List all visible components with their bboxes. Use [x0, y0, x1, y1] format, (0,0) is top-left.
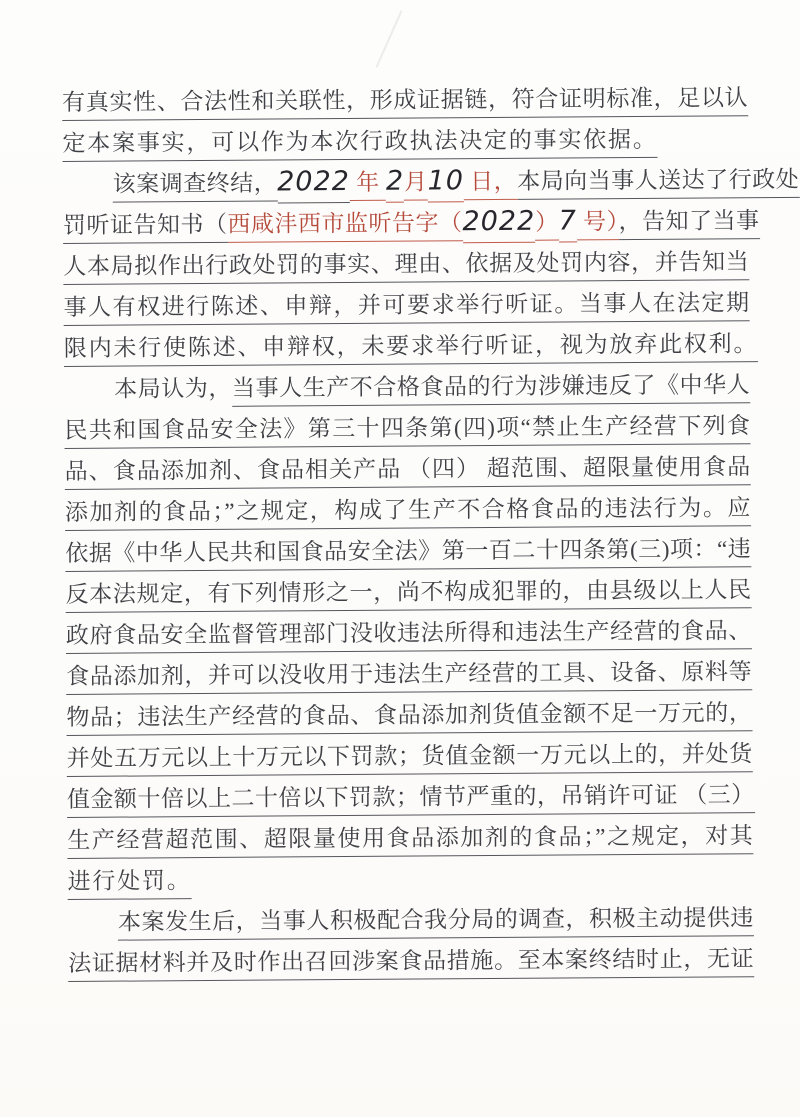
document-line: 本案发生后，当事人积极配合我分局的调查，积极主动提供违: [68, 899, 754, 945]
text-segment: ，告知了当事: [619, 208, 760, 240]
handwritten-doc-number: 7: [559, 205, 577, 242]
text-segment: 物品；违法生产经营的食品、食品添加剂货值金额不足一万元的，: [66, 700, 752, 736]
document-line: 人本局拟作出行政处罚的事实、理由、依据及处罚内容，并告知当: [63, 243, 749, 289]
text-segment: 本局向当事人送达了行政处: [517, 167, 799, 200]
document-line: 生产经营超范围、超限量使用食品添加剂的食品；”之规定，对其: [67, 817, 753, 863]
document-line: 法证据材料并及时作出召回涉案食品措施。至本案终结时止，无证: [68, 940, 754, 986]
document-line: 添加剂的食品；”之规定，构成了生产不合格食品的违法行为。应: [65, 489, 751, 535]
text-segment: 政府食品安全监督管理部门没收违法所得和违法生产经营的食品、: [66, 618, 752, 654]
document-line: 反本法规定，有下列情形之一，尚不构成犯罪的，由县级以上人民: [65, 571, 751, 617]
text-segment: 民共和国食品安全法》第三十四条第(四)项“禁止生产经营下列食: [64, 413, 750, 449]
text-segment: 生产经营超范围、超限量使用食品添加剂的食品；”之规定，对其: [67, 823, 753, 859]
document-line: 限内未行使陈述、申辩权，未要求举行听证，视为放弃此权利。: [64, 325, 750, 371]
text-segment: 该案调查终结，: [113, 171, 278, 203]
red-print-text: 年: [350, 170, 386, 201]
document-body: 有真实性、合法性和关联性，形成证据链，符合证明标准，足以认定本案事实，可以作为本…: [62, 79, 754, 986]
document-line: 本局认为，当事人生产不合格食品的行为涉嫌违反了《中华人: [64, 366, 750, 412]
text-segment: 罚听证告知书（: [63, 212, 228, 244]
text-segment: 本局认为，: [114, 376, 232, 407]
text-segment: 当事人生产不合格食品的行为涉嫌违反了《中华人: [232, 372, 750, 407]
document-line: 民共和国食品安全法》第三十四条第(四)项“禁止生产经营下列食: [64, 407, 750, 453]
red-print-text: ）: [535, 210, 559, 241]
handwritten-year: 2022: [277, 166, 350, 204]
text-segment: 定本案事实，可以作为本次行政执法决定的事实依据。: [62, 127, 657, 162]
red-print-text: 月: [404, 169, 428, 200]
red-document-number: 西咸沣西市监听告字（: [227, 210, 462, 243]
document-line: 值金额十倍以上二十倍以下罚款；情节严重的，吊销许可证 （三）: [67, 776, 753, 822]
document-line: 该案调查终结，2022 年 2月10 日，本局向当事人送达了行政处: [63, 161, 749, 207]
document-line: 事人有权进行陈述、申辩，并可要求举行听证。当事人在法定期: [63, 284, 749, 330]
text-segment: 进行处罚。: [67, 868, 191, 900]
document-line: 政府食品安全监督管理部门没收违法所得和违法生产经营的食品、: [66, 612, 752, 658]
red-print-text: 号）: [577, 209, 619, 240]
text-segment: 食品添加剂，并可以没收用于违法生产经营的工具、设备、原料等: [66, 659, 752, 695]
scanned-document-page: 有真实性、合法性和关联性，形成证据链，符合证明标准，足以认定本案事实，可以作为本…: [0, 0, 800, 1117]
text-segment: 有真实性、合法性和关联性，形成证据链，符合证明标准，足以认: [62, 85, 748, 121]
text-segment: 法证据材料并及时作出召回涉案食品措施。至本案终结时止，无证: [68, 946, 754, 982]
document-line: 罚听证告知书（西咸沣西市监听告字（2022）7 号），告知了当事: [63, 202, 749, 248]
text-segment: 反本法规定，有下列情形之一，尚不构成犯罪的，由县级以上人民: [65, 577, 751, 613]
red-print-text: 日，: [464, 169, 517, 200]
text-segment: 依据《中华人民共和国食品安全法》第一百二十四条第(三)项：“违: [65, 536, 751, 572]
document-line: 食品添加剂，并可以没收用于违法生产经营的工具、设备、原料等: [66, 653, 752, 699]
text-segment: 并处五万元以上十万元以下罚款；货值金额一万元以上的，并处货: [67, 741, 753, 777]
document-line: 品、食品添加剂、食品相关产品 （四） 超范围、超限量使用食品: [65, 448, 751, 494]
document-line: 依据《中华人民共和国食品安全法》第一百二十四条第(三)项：“违: [65, 530, 751, 576]
scan-scratch-mark: [375, 10, 402, 67]
handwritten-month: 2: [386, 166, 404, 203]
text-segment: 人本局拟作出行政处罚的事实、理由、依据及处罚内容，并告知当: [63, 249, 749, 285]
document-line: 定本案事实，可以作为本次行政执法决定的事实依据。: [62, 120, 748, 166]
document-line: 进行处罚。: [67, 858, 753, 904]
document-line: 物品；违法生产经营的食品、食品添加剂货值金额不足一万元的，: [66, 694, 752, 740]
document-line: 并处五万元以上十万元以下罚款；货值金额一万元以上的，并处货: [67, 735, 753, 781]
handwritten-day: 10: [427, 165, 464, 202]
text-segment: 添加剂的食品；”之规定，构成了生产不合格食品的违法行为。应: [65, 495, 751, 531]
text-segment: 限内未行使陈述、申辩权，未要求举行听证，视为放弃此权利。: [64, 331, 759, 367]
text-segment: 值金额十倍以上二十倍以下罚款；情节严重的，吊销许可证 （三）: [67, 782, 755, 818]
document-line: 有真实性、合法性和关联性，形成证据链，符合证明标准，足以认: [62, 79, 748, 125]
handwritten-doc-year: 2022: [462, 206, 535, 244]
text-segment: 品、食品添加剂、食品相关产品 （四） 超范围、超限量使用食品: [65, 454, 751, 490]
text-segment: 事人有权进行陈述、申辩，并可要求举行听证。当事人在法定期: [63, 290, 749, 326]
text-segment: 本案发生后，当事人积极配合我分局的调查，积极主动提供违: [118, 905, 754, 940]
